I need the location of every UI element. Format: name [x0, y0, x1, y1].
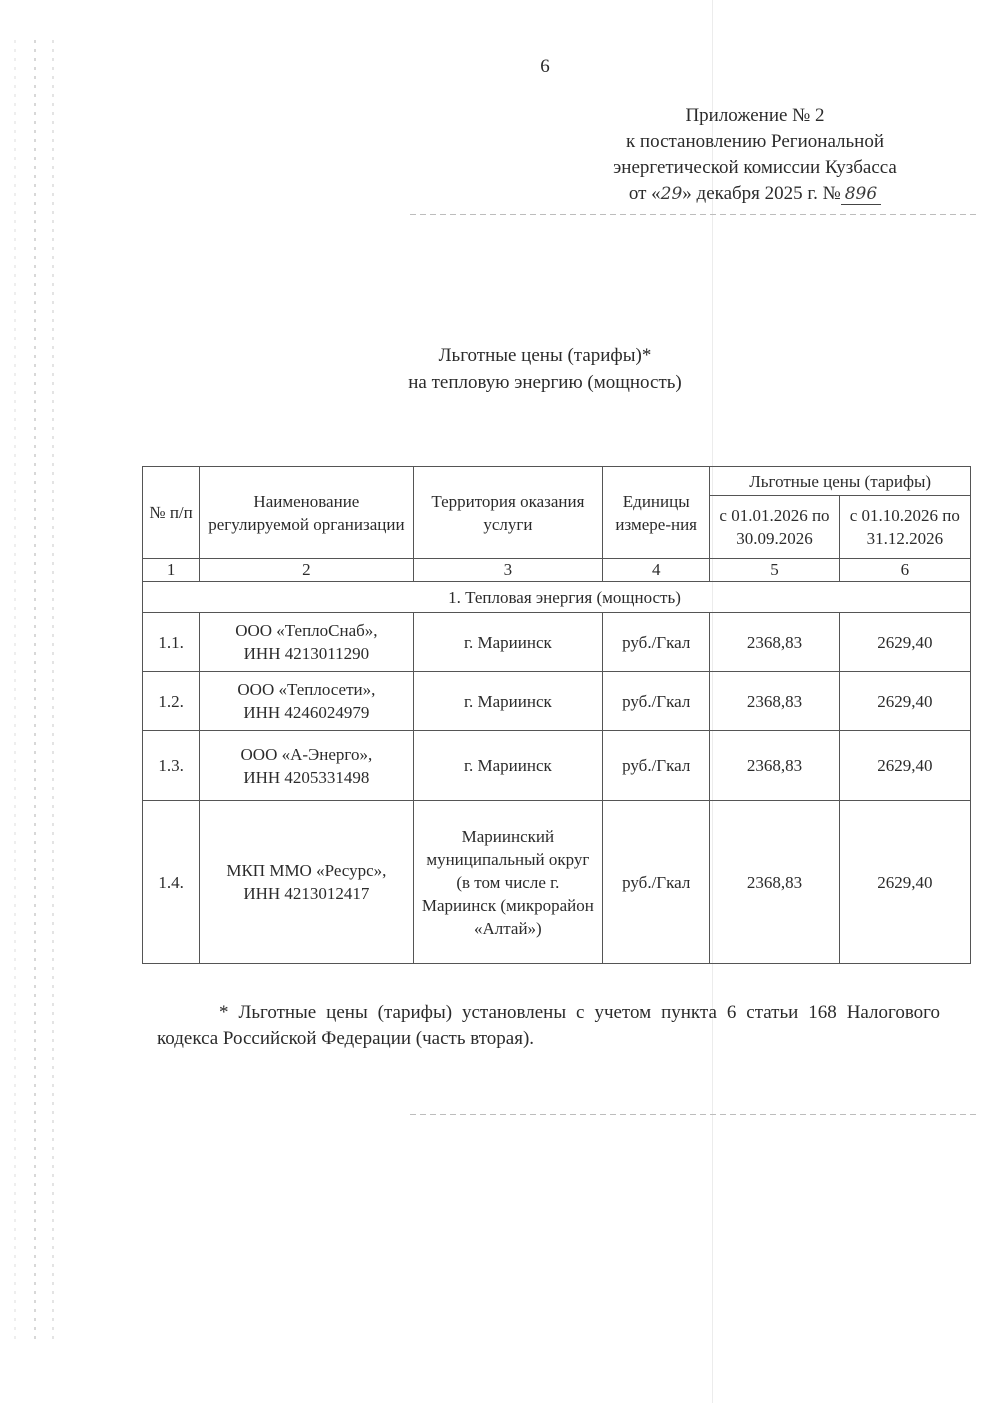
- header-prices-group: Льготные цены (тарифы): [710, 467, 971, 496]
- handwritten-day: 29: [661, 184, 683, 204]
- column-number: 5: [710, 559, 839, 582]
- header-territory: Территория оказания услуги: [413, 467, 602, 559]
- row-price-2: 2629,40: [839, 672, 970, 731]
- row-price-1: 2368,83: [710, 613, 839, 672]
- column-number: 3: [413, 559, 602, 582]
- row-territory: г. Мариинск: [413, 731, 602, 801]
- header-period-1: с 01.01.2026 по 30.09.2026: [710, 496, 839, 559]
- handwritten-doc-number: 896: [841, 184, 881, 205]
- column-number: 4: [603, 559, 710, 582]
- divider: [410, 1114, 980, 1115]
- document-title: Льготные цены (тарифы)* на тепловую энер…: [320, 342, 770, 396]
- appendix-header: Приложение № 2 к постановлению Региональ…: [555, 103, 955, 207]
- appendix-date-line: от «29» декабря 2025 г. №896: [555, 181, 955, 207]
- table-row: 1.3. ООО «А-Энерго», ИНН 4205331498 г. М…: [143, 731, 971, 801]
- table-row: 1.2. ООО «Теплосети», ИНН 4246024979 г. …: [143, 672, 971, 731]
- org-name: ООО «Теплосети»,: [204, 678, 409, 701]
- column-number-row: 1 2 3 4 5 6: [143, 559, 971, 582]
- date-suffix: » декабря 2025 г. №: [682, 183, 840, 204]
- divider: [410, 214, 980, 215]
- org-name: ООО «ТеплоСнаб»,: [204, 619, 409, 642]
- header-period-2: с 01.10.2026 по 31.12.2026: [839, 496, 970, 559]
- row-price-2: 2629,40: [839, 801, 970, 964]
- row-org: ООО «ТеплоСнаб», ИНН 4213011290: [200, 613, 414, 672]
- tariffs-table: № п/п Наименование регулируемой организа…: [142, 466, 971, 964]
- row-num: 1.1.: [143, 613, 200, 672]
- row-num: 1.2.: [143, 672, 200, 731]
- row-unit: руб./Гкал: [603, 672, 710, 731]
- row-unit: руб./Гкал: [603, 613, 710, 672]
- scan-artifact: [34, 40, 36, 1340]
- title-line-1: Льготные цены (тарифы)*: [320, 342, 770, 369]
- title-line-2: на тепловую энергию (мощность): [320, 369, 770, 396]
- section-title: 1. Тепловая энергия (мощность): [143, 582, 971, 613]
- date-prefix: от «: [629, 183, 661, 204]
- table-row: 1.1. ООО «ТеплоСнаб», ИНН 4213011290 г. …: [143, 613, 971, 672]
- row-unit: руб./Гкал: [603, 731, 710, 801]
- row-org: МКП ММО «Ресурс», ИНН 4213012417: [200, 801, 414, 964]
- org-inn: ИНН 4213012417: [204, 882, 409, 905]
- row-num: 1.4.: [143, 801, 200, 964]
- row-price-1: 2368,83: [710, 731, 839, 801]
- column-number: 2: [200, 559, 414, 582]
- column-number: 6: [839, 559, 970, 582]
- footnote: * Льготные цены (тарифы) установлены с у…: [157, 1000, 940, 1052]
- row-price-2: 2629,40: [839, 613, 970, 672]
- row-price-1: 2368,83: [710, 801, 839, 964]
- table-row: 1.4. МКП ММО «Ресурс», ИНН 4213012417 Ма…: [143, 801, 971, 964]
- appendix-line-1: Приложение № 2: [555, 103, 955, 129]
- table-header-row: № п/п Наименование регулируемой организа…: [143, 467, 971, 496]
- scan-artifact: [52, 40, 54, 1340]
- row-org: ООО «А-Энерго», ИНН 4205331498: [200, 731, 414, 801]
- org-inn: ИНН 4205331498: [204, 766, 409, 789]
- header-num: № п/п: [143, 467, 200, 559]
- org-inn: ИНН 4246024979: [204, 701, 409, 724]
- appendix-line-2: к постановлению Региональной: [555, 129, 955, 155]
- row-territory: Мариинский муниципальный округ (в том чи…: [413, 801, 602, 964]
- org-inn: ИНН 4213011290: [204, 642, 409, 665]
- row-territory: г. Мариинск: [413, 613, 602, 672]
- appendix-line-3: энергетической комиссии Кузбасса: [555, 155, 955, 181]
- org-name: ООО «А-Энерго»,: [204, 743, 409, 766]
- section-row: 1. Тепловая энергия (мощность): [143, 582, 971, 613]
- row-org: ООО «Теплосети», ИНН 4246024979: [200, 672, 414, 731]
- scan-artifact: [14, 40, 16, 1340]
- header-unit: Единицы измере-ния: [603, 467, 710, 559]
- page-number: 6: [0, 56, 992, 78]
- row-num: 1.3.: [143, 731, 200, 801]
- header-org: Наименование регулируемой организации: [200, 467, 414, 559]
- row-unit: руб./Гкал: [603, 801, 710, 964]
- row-territory: г. Мариинск: [413, 672, 602, 731]
- column-number: 1: [143, 559, 200, 582]
- row-price-1: 2368,83: [710, 672, 839, 731]
- row-price-2: 2629,40: [839, 731, 970, 801]
- org-name: МКП ММО «Ресурс»,: [204, 859, 409, 882]
